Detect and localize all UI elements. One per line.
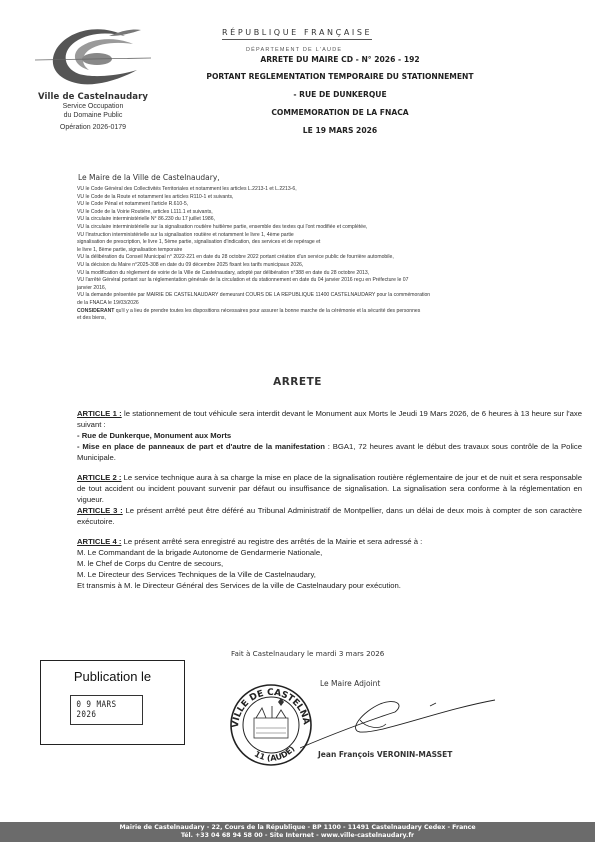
- legal-reference-line: VU la demande présentée par MAIRIE DE CA…: [77, 292, 582, 300]
- articles-section: ARTICLE 1 : le stationnement de tout véh…: [77, 408, 582, 591]
- footer-contact: Tél. +33 04 68 94 58 00 - Site Internet …: [0, 832, 595, 840]
- legal-reference-line: VU la modification du règlement de voiri…: [77, 270, 582, 278]
- recipient-1: M. Le Commandant de la brigade Autonome …: [77, 547, 582, 558]
- article-4-text: Le présent arrêté sera enregistré au reg…: [121, 537, 422, 546]
- legal-reference-line: VU la circulaire interministérielle sur …: [77, 224, 582, 232]
- legal-reference-line: VU la décision du Maire n°2025-308 en da…: [77, 262, 582, 270]
- publication-stamp: Publication le 0 9 MARS 2026: [40, 660, 185, 745]
- article-3: ARTICLE 3 : Le présent arrêté peut être …: [77, 505, 582, 527]
- article-3-text: Le présent arrêté peut être déféré au Tr…: [77, 506, 582, 526]
- decree-date: LE 19 MARS 2026: [180, 126, 500, 135]
- legal-reference-line: VU l'instruction interministérielle sur …: [77, 232, 582, 240]
- legal-reference-line: VU le Code Pénal et notamment l'article …: [77, 201, 582, 209]
- org-service-line1: Service Occupation: [28, 102, 158, 111]
- departement-heading: DÉPARTEMENT DE L'AUDE: [246, 47, 342, 53]
- operation-number: Opération 2026-0179: [28, 124, 158, 131]
- footer-address: Mairie de Castelnaudary - 22, Cours de l…: [0, 822, 595, 832]
- article-1-item-2-bold: - Mise en place de panneaux de part et d…: [77, 442, 325, 451]
- signed-at-date: Fait à Castelnaudary le mardi 3 mars 202…: [231, 649, 384, 658]
- arrete-heading: ARRETE: [0, 376, 595, 388]
- recipient-3: M. Le Directeur des Services Techniques …: [77, 569, 582, 580]
- publication-date: 0 9 MARS 2026: [76, 700, 136, 720]
- legal-reference-line: janvier 2016,: [77, 285, 582, 293]
- decree-number: ARRETE DU MAIRE CD - N° 2026 - 192: [180, 55, 500, 64]
- article-1: ARTICLE 1 : le stationnement de tout véh…: [77, 408, 582, 430]
- legal-reference-line: VU le Code de la Voirie Routière, articl…: [77, 209, 582, 217]
- legal-reference-line: de la FNACA le 19/03/2026: [77, 300, 582, 308]
- footer: Mairie de Castelnaudary - 22, Cours de l…: [0, 822, 595, 842]
- org-name: Ville de Castelnaudary: [28, 92, 158, 102]
- article-1-item-2: - Mise en place de panneaux de part et d…: [77, 441, 582, 463]
- article-1-label: ARTICLE 1 :: [77, 409, 122, 418]
- legal-reference-line: le livre 1, 8ème partie, signalisation t…: [77, 247, 582, 255]
- article-4-label: ARTICLE 4 :: [77, 537, 121, 546]
- recipient-4: Et transmis à M. le Directeur Général de…: [77, 580, 582, 591]
- legal-reference-line: VU le Code de la Route et notamment les …: [77, 194, 582, 202]
- decree-subject: PORTANT REGLEMENTATION TEMPORAIRE DU STA…: [180, 72, 500, 81]
- legal-reference-line: VU la délibération du Conseil Municipal …: [77, 254, 582, 262]
- publication-date-box: 0 9 MARS 2026: [70, 695, 143, 725]
- decree-event: COMMEMORATION DE LA FNACA: [180, 108, 500, 117]
- legal-reference-line: VU l'arrêté Général portant sur la régle…: [77, 277, 582, 285]
- legal-reference-line: signalisation de prescription, le livre …: [77, 239, 582, 247]
- decree-street: - RUE DE DUNKERQUE: [180, 90, 500, 99]
- signer-name: Jean François VERONIN-MASSET: [318, 750, 452, 759]
- legal-references-list: VU le Code Général des Collectivités Ter…: [77, 186, 582, 323]
- signer-title: Le Maire Adjoint: [320, 679, 380, 688]
- mayor-intro: Le Maire de la Ville de Castelnaudary,: [78, 173, 220, 182]
- handwritten-signature-icon: [300, 690, 500, 750]
- publication-label: Publication le: [41, 669, 184, 684]
- article-2-text: Le service technique aura à sa charge la…: [77, 473, 582, 504]
- article-3-label: ARTICLE 3 :: [77, 506, 123, 515]
- org-service-line2: du Domaine Public: [28, 111, 158, 120]
- article-1-text: le stationnement de tout véhicule sera i…: [77, 409, 582, 429]
- city-logo-block: Ville de Castelnaudary Service Occupatio…: [28, 22, 158, 131]
- republique-heading: RÉPUBLIQUE FRANÇAISE: [222, 28, 372, 40]
- article-2-label: ARTICLE 2 :: [77, 473, 121, 482]
- article-2: ARTICLE 2 : Le service technique aura à …: [77, 472, 582, 505]
- legal-reference-line: CONSIDERANT qu'il y a lieu de prendre to…: [77, 308, 582, 316]
- legal-reference-line: VU la circulaire interministérielle N° 8…: [77, 216, 582, 224]
- city-logo-icon: [33, 22, 153, 92]
- article-1-item-1: - Rue de Dunkerque, Monument aux Morts: [77, 430, 582, 441]
- legal-reference-line: et des biens,: [77, 315, 582, 323]
- recipient-2: M. le Chef de Corps du Centre de secours…: [77, 558, 582, 569]
- legal-reference-line: VU le Code Général des Collectivités Ter…: [77, 186, 582, 194]
- article-4: ARTICLE 4 : Le présent arrêté sera enreg…: [77, 536, 582, 547]
